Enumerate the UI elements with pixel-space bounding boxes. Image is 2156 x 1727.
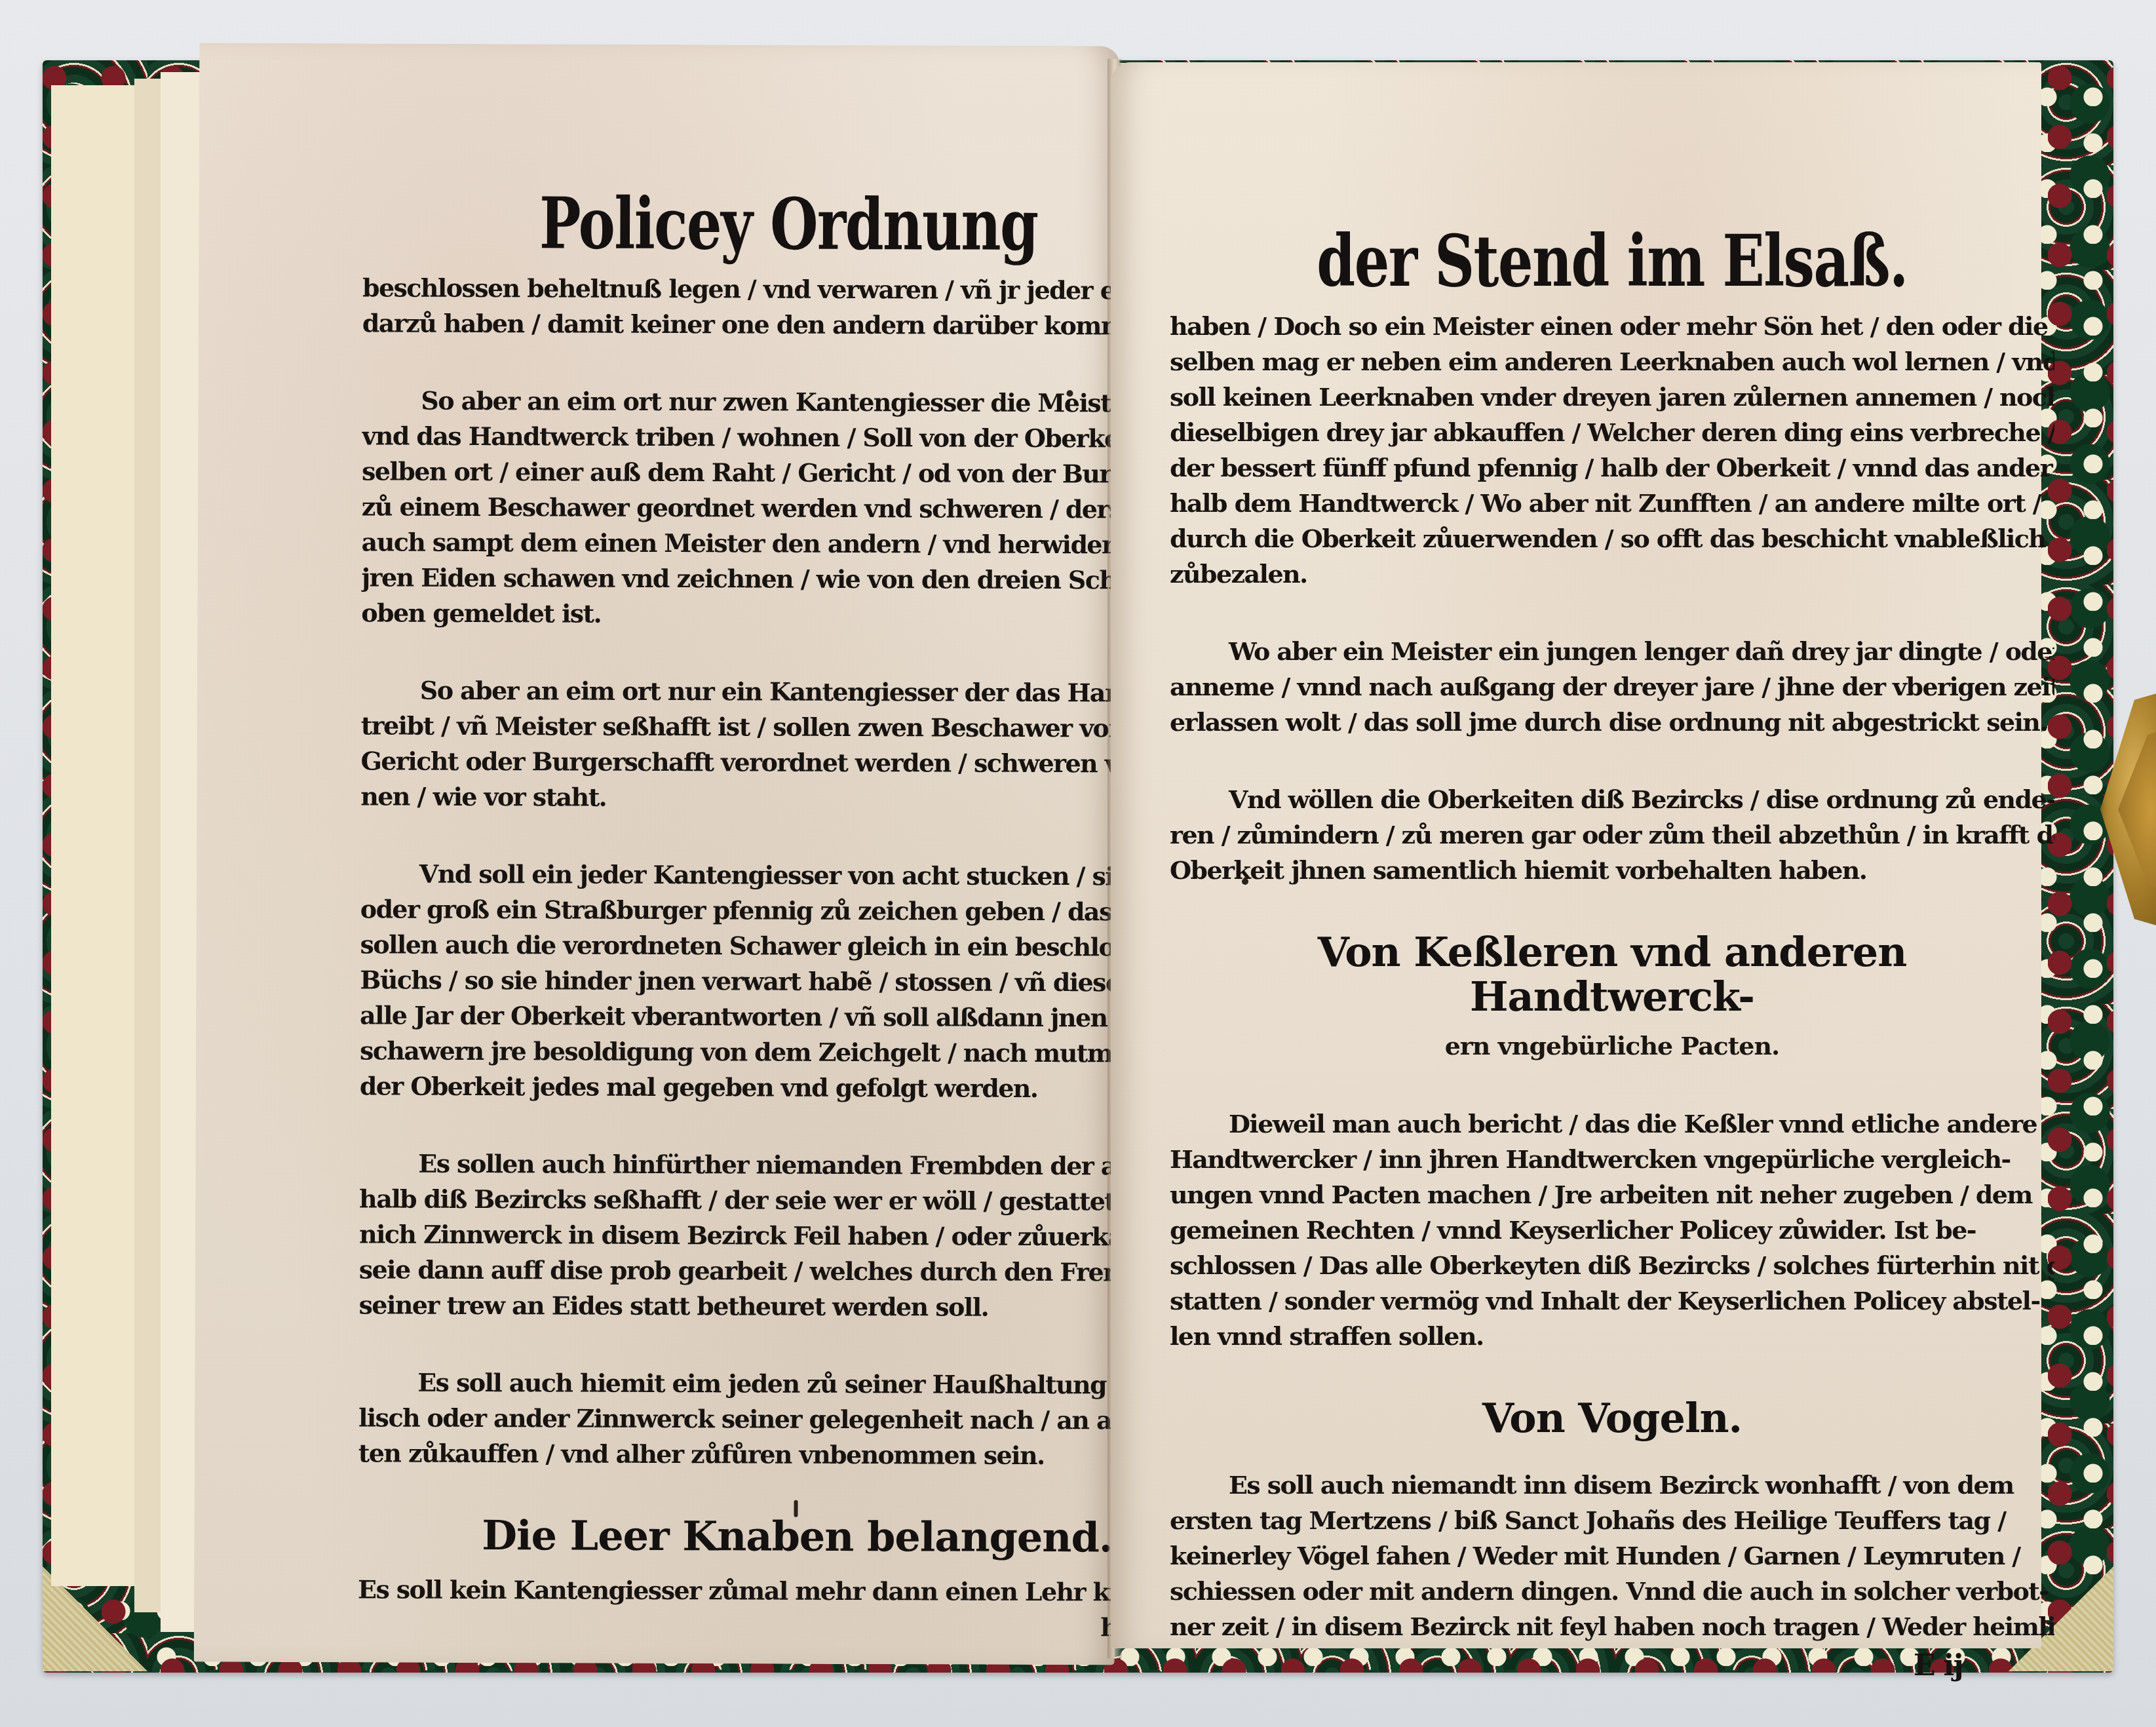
text-line: ungen vnnd Pacten machen / Jre arbeiten … [1170, 1177, 2054, 1213]
paragraph: Es soll auch hiemit eim jeden zů seiner … [358, 1365, 1237, 1474]
paragraph: Dieweil man auch bericht / das die Keßle… [1170, 1106, 2054, 1354]
text-line: der Oberkeit jedes mal gegeben vnd gefol… [360, 1068, 1238, 1107]
text-line: soll keinen Leerknaben vnder dreyen jare… [1170, 379, 2054, 415]
text-line: Es sollen auch hinfürther niemanden Frem… [359, 1146, 1237, 1184]
catchword: haben / [358, 1608, 1236, 1646]
paragraph: Vnd wöllen die Oberkeiten diß Bezircks /… [1170, 782, 2054, 888]
text-line: lisch oder ander Zinnwerck seiner gelege… [358, 1400, 1237, 1439]
text-line: sollen auch die verordneten Schawer glei… [360, 927, 1238, 965]
running-head-right: der Stend im Elsaß. [1267, 226, 1957, 297]
section-heading-vogeln: Von Vogeln. [1170, 1396, 2054, 1441]
text-line: schlossen / Das alle Oberkeyten diß Bezi… [1170, 1248, 2054, 1283]
text-line: selben mag er neben eim anderen Leerknab… [1170, 344, 2054, 379]
text-line: schawern jre besoldigung von dem Zeichge… [360, 1033, 1238, 1072]
ink-mark [794, 1500, 798, 1517]
text-line: anneme / vnnd nach außgang der dreyer ja… [1170, 669, 2054, 705]
text-line: ren / zůmindern / zů meren gar oder zům … [1170, 817, 2054, 853]
paragraph: haben / Doch so ein Meister einen oder m… [1170, 309, 2054, 592]
text-line: ner zeit / in disem Bezirck nit feyl hab… [1170, 1609, 2054, 1644]
text-line: keinerley Vögel fahen / Weder mit Hunden… [1170, 1538, 2054, 1574]
text-line: Wo aber ein Meister ein jungen lenger da… [1170, 634, 2054, 669]
text-line: der bessert fünff pfund pfennig / halb d… [1170, 450, 2054, 486]
text-line: len vnnd straffen sollen. [1170, 1319, 2054, 1354]
text-line: ten zůkauffen / vnd alher zůfůren vnbeno… [358, 1435, 1237, 1474]
section-heading-kessleren: Von Keßleren vnd anderen Handtwerck- [1170, 930, 2054, 1019]
text-line: halb diß Bezircks seßhafft / der seie we… [359, 1181, 1237, 1220]
book-photo: Policey Ordnung beschlossen beheltnuß le… [0, 0, 2156, 1727]
text-line: durch die Oberkeit zůuerwenden / so offt… [1170, 521, 2054, 556]
paragraph: Es sollen auch hinfürther niemanden Frem… [358, 1146, 1237, 1326]
text-line: Es soll auch hiemit eim jeden zů seiner … [358, 1365, 1237, 1403]
text-line: Handtwercker / inn jhren Handtwercken vn… [1170, 1142, 2054, 1177]
text-line: halb dem Handtwerck / Wo aber nit Zunfft… [1170, 486, 2054, 521]
paragraph: Es soll kein Kantengiesser zůmal mehr da… [358, 1572, 1236, 1646]
text-line: Oberkeit jhnen samentlich hiemit vorbeha… [1170, 853, 2054, 888]
section-heading-leer-knaben: Die Leer Knaben belangend. [358, 1513, 1236, 1561]
running-head-left: Policey Ordnung [436, 188, 1142, 262]
ink-mark [1242, 878, 1248, 885]
paragraph: Vnd soll ein jeder Kantengiesser von ach… [360, 856, 1239, 1107]
text-line: statten / sonder vermög vnd Inhalt der K… [1170, 1283, 2054, 1319]
right-page: der Stend im Elsaß. haben / Doch so ein … [1111, 62, 2041, 1648]
text-line: Büchs / so sie hinder jnen verwart habẽ … [360, 962, 1238, 1001]
text-line: schiessen oder mit andern dingen. Vnnd d… [1170, 1574, 2054, 1609]
right-page-text-block: der Stend im Elsaß. haben / Doch so ein … [1170, 226, 2054, 1686]
text-line: Dieweil man auch bericht / das die Keßle… [1170, 1106, 2054, 1142]
text-line: Es soll auch niemandt inn disem Bezirck … [1170, 1467, 2054, 1503]
text-line: zůbezalen. [1170, 556, 2054, 592]
ink-mark [1066, 390, 1073, 397]
paragraph: Wo aber ein Meister ein jungen lenger da… [1170, 634, 2054, 740]
text-line: seie dann auff dise prob gearbeit / welc… [359, 1252, 1237, 1290]
signature-mark: E ij [1914, 1648, 1963, 1684]
text-line: Vnd soll ein jeder Kantengiesser von ach… [360, 856, 1239, 895]
text-line: ersten tag Mertzens / biß Sanct Johañs d… [1170, 1503, 2054, 1538]
text-line: nich Zinnwerck in disem Bezirck Feil hab… [359, 1216, 1237, 1255]
text-line: erlassen wolt / das soll jme durch dise … [1170, 705, 2054, 740]
text-line: Es soll kein Kantengiesser zůmal mehr da… [358, 1572, 1236, 1611]
section-subheading-pacten: ern vngebürliche Pacten. [1170, 1031, 2054, 1060]
text-line: Vnd wöllen die Oberkeiten diß Bezircks /… [1170, 782, 2054, 817]
text-line: gemeinen Rechten / vnnd Keyserlicher Pol… [1170, 1213, 2054, 1248]
text-line: haben / Doch so ein Meister einen oder m… [1170, 309, 2054, 344]
left-page: Policey Ordnung beschlossen beheltnuß le… [194, 43, 1121, 1665]
text-line: dieselbigen drey jar abkauffen / Welcher… [1170, 415, 2054, 450]
text-line: oder groß ein Straßburger pfennig zů zei… [360, 891, 1239, 930]
text-line: alle Jar der Oberkeit vberantworten / vñ… [360, 998, 1238, 1036]
text-line: seiner trew an Eides statt betheuret wer… [358, 1287, 1237, 1326]
paragraph: Es soll auch niemandt inn disem Bezirck … [1170, 1467, 2054, 1644]
